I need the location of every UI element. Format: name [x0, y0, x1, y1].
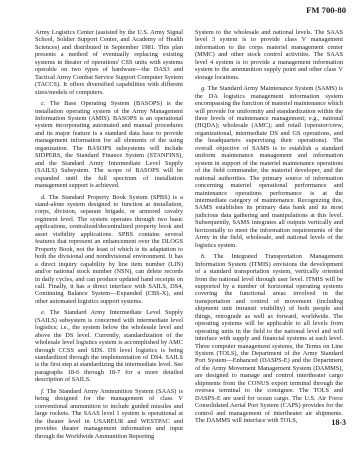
paragraph-text: The Integrated Transportation Management…	[195, 253, 343, 424]
paragraph-letter: e.	[41, 309, 45, 316]
continuation-paragraph: Army Logistics Center (assisted by the U…	[35, 29, 183, 96]
paragraph-e: e. The Standard Army Intermediate Level …	[35, 309, 183, 384]
paragraph-text: The Base Operating System (BASOPS) is th…	[35, 100, 183, 189]
paragraph-h: h. The Integrated Transportation Managem…	[195, 253, 343, 424]
paragraph-g: g. The Standard Army Maintenance System …	[195, 85, 343, 249]
right-column: System to the wholesale and national lev…	[195, 29, 343, 429]
page-number: 18-3	[331, 418, 346, 427]
paragraph-c: c. The Base Operating System (BASOPS) is…	[35, 100, 183, 189]
paragraph-text: The Standard Property Book System (SPBS)…	[35, 194, 183, 305]
paragraph-text: The Standard Army Maintenance System (SA…	[195, 85, 343, 249]
paragraph-letter: f.	[41, 388, 44, 395]
paragraph-letter: c.	[41, 100, 45, 107]
paragraph-letter: d.	[41, 194, 46, 201]
paragraph-d: d. The Standard Property Book System (SP…	[35, 194, 183, 306]
document-id-header: FM 700-80	[306, 5, 346, 15]
paragraph-letter: g.	[201, 85, 206, 92]
continuation-paragraph: System to the wholesale and national lev…	[195, 29, 343, 81]
paragraph-text: The Standard Army Ammunition System (SAA…	[35, 388, 183, 440]
paragraph-text: The Standard Army Intermediate Level Sup…	[35, 309, 183, 383]
left-column: Army Logistics Center (assisted by the U…	[35, 29, 183, 444]
paragraph-f: f. The Standard Army Ammunition System (…	[35, 388, 183, 440]
paragraph-letter: h.	[201, 253, 206, 260]
